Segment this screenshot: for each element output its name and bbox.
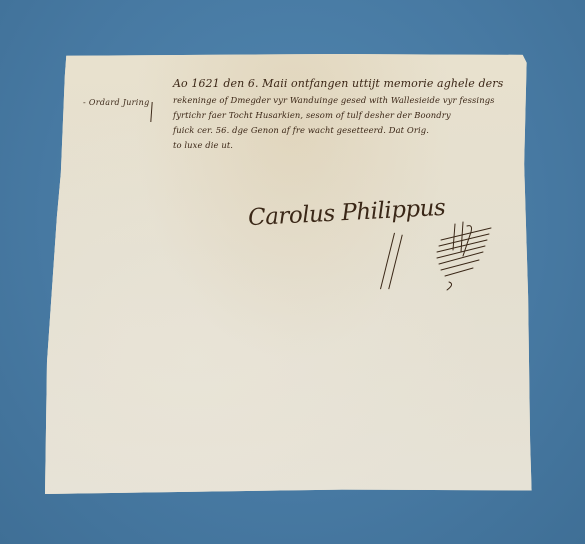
margin-note: - Ordard Juring bbox=[83, 98, 150, 107]
body-line: to luxe die ut. bbox=[173, 138, 548, 153]
paraph-flourish-icon bbox=[433, 220, 495, 292]
body-line: fyrtichr faer Tocht Husarkien, sesom of … bbox=[173, 108, 548, 123]
body-line: fuick cer. 56. dge Genon af fre wacht ge… bbox=[173, 123, 548, 138]
margin-stroke bbox=[150, 102, 152, 122]
signature-stroke bbox=[380, 233, 395, 290]
signature: Carolus Philippus bbox=[247, 195, 445, 231]
manuscript-document: - Ordard Juring Ao 1621 den 6. Maii ontf… bbox=[45, 54, 540, 494]
document-body: Ao 1621 den 6. Maii ontfangen uttijt mem… bbox=[173, 76, 548, 153]
body-line: Ao 1621 den 6. Maii ontfangen uttijt mem… bbox=[173, 76, 548, 93]
body-line: rekeninge of Dmegder vyr Wanduinge gesed… bbox=[173, 93, 548, 108]
